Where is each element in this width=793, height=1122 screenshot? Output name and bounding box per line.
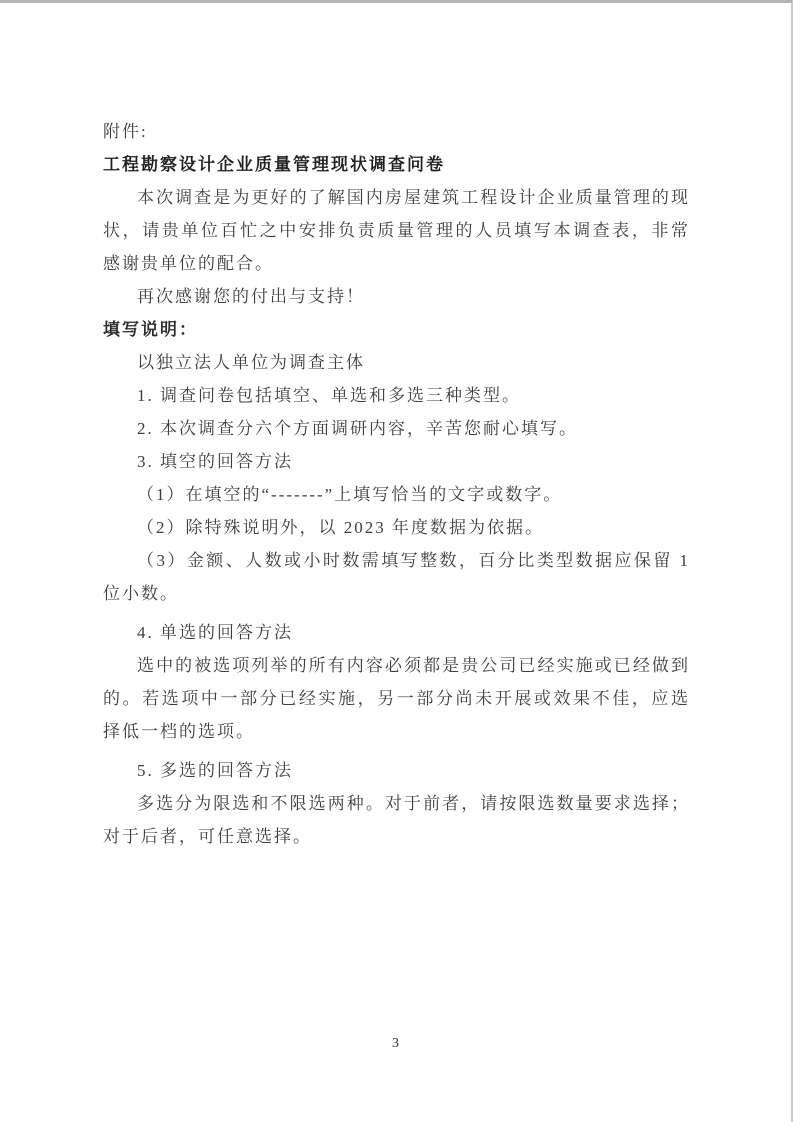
instruction-item-2: 2. 本次调查分六个方面调研内容，辛苦您耐心填写。 — [103, 412, 690, 445]
document-content: 附件: 工程勘察设计企业质量管理现状调查问卷 本次调查是为更好的了解国内房屋建筑… — [0, 3, 791, 853]
instruction-item-3-sub-2: （2）除特殊说明外，以 2023 年度数据为依据。 — [103, 511, 690, 544]
instruction-item-5-explanation: 多选分为限选和不限选两种。对于前者，请按限选数量要求选择；对于后者，可任意选择。 — [103, 787, 690, 853]
instruction-item-3: 3. 填空的回答方法 — [103, 445, 690, 478]
instruction-item-3-sub-1: （1）在填空的“-------”上填写恰当的文字或数字。 — [103, 478, 690, 511]
instruction-survey-subject: 以独立法人单位为调查主体 — [103, 346, 690, 379]
document-page: 附件: 工程勘察设计企业质量管理现状调查问卷 本次调查是为更好的了解国内房屋建筑… — [0, 0, 793, 1122]
intro-thanks-paragraph: 再次感谢您的付出与支持！ — [103, 280, 690, 313]
instruction-item-4: 4. 单选的回答方法 — [103, 616, 690, 649]
instruction-item-4-explanation: 选中的被选项列举的所有内容必须都是贵公司已经实施或已经做到的。若选项中一部分已经… — [103, 649, 690, 748]
instruction-item-5: 5. 多选的回答方法 — [103, 754, 690, 787]
instruction-item-1: 1. 调查问卷包括填空、单选和多选三种类型。 — [103, 379, 690, 412]
instruction-item-3-sub-3: （3）金额、人数或小时数需填写整数，百分比类型数据应保留 1 位小数。 — [103, 544, 690, 610]
intro-paragraph: 本次调查是为更好的了解国内房屋建筑工程设计企业质量管理的现状，请贵单位百忙之中安… — [103, 181, 690, 280]
document-title: 工程勘察设计企业质量管理现状调查问卷 — [103, 148, 690, 181]
fill-instructions-heading: 填写说明： — [103, 313, 690, 346]
page-number: 3 — [0, 1036, 791, 1052]
attachment-label: 附件: — [103, 115, 690, 148]
